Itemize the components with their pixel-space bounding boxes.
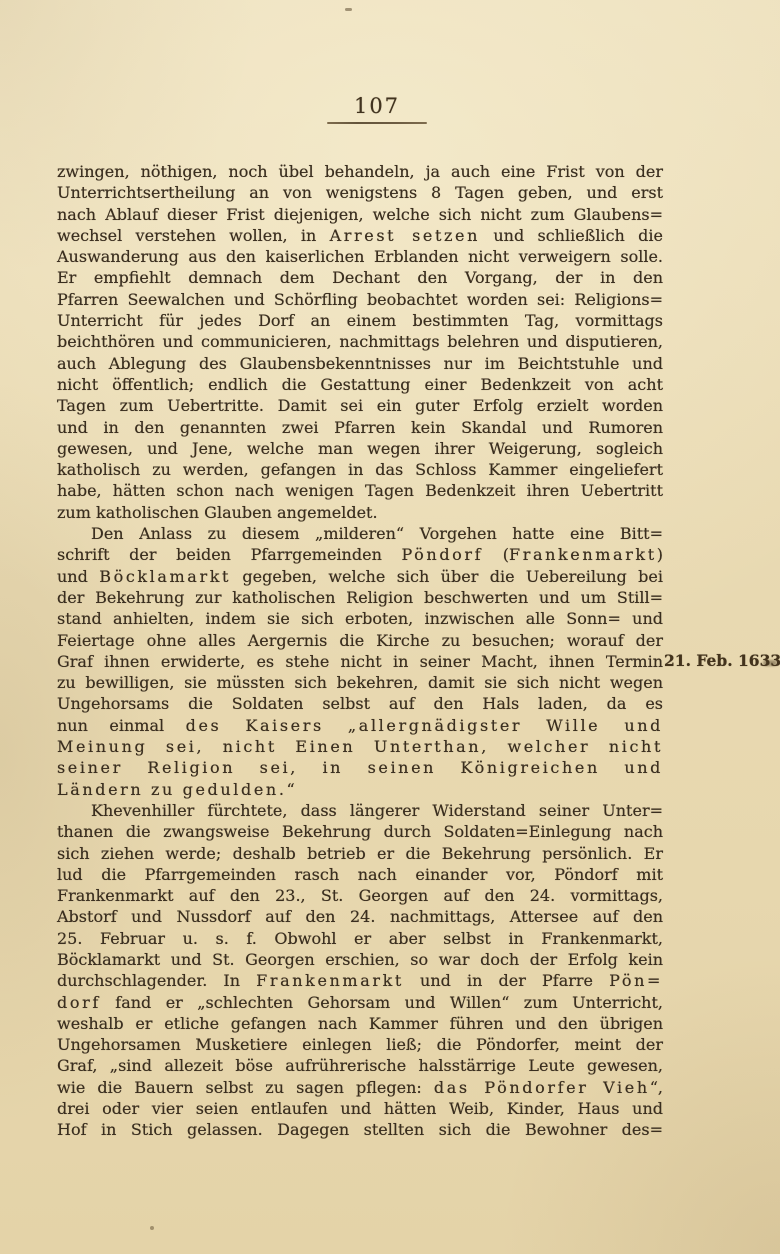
text-line: nun einmal des Kaisers „allergnädigster … — [57, 715, 663, 736]
text-run: nicht öffentlich; endlich die Gestattung… — [57, 375, 663, 394]
text-line: nach Ablauf dieser Frist diejenigen, wel… — [57, 204, 663, 225]
text-run: weshalb er etliche gefangen nach Kammer … — [57, 1014, 663, 1033]
text-line: nicht öffentlich; endlich die Gestattung… — [57, 374, 663, 395]
text-line: und Böcklamarkt gegeben, welche sich übe… — [57, 566, 663, 587]
letterspaced-text: Pön= — [609, 971, 663, 990]
text-run: Ungehorsamen Musketiere einlegen ließ; d… — [57, 1035, 663, 1054]
text-line: schrift der beiden Pfarrgemeinden Pöndor… — [57, 544, 663, 565]
text-run: Auswanderung aus den kaiserlichen Erblan… — [57, 247, 663, 266]
text-run: nun einmal — [57, 716, 186, 735]
text-line: und in den genannten zwei Pfarren kein S… — [57, 417, 663, 438]
text-line: durchschlagender. In Frankenmarkt und in… — [57, 970, 663, 991]
text-run: Khevenhiller fürchtete, dass längerer Wi… — [91, 801, 663, 820]
text-run: Böcklamarkt und St. Georgen erschien, so… — [57, 950, 663, 969]
text-run: Graf, „sind allezeit böse aufrührerische… — [57, 1056, 663, 1075]
letterspaced-text: des Kaisers „allergnädigster Wille und — [186, 716, 663, 735]
text-run: gegeben, welche sich über die Uebereilun… — [231, 567, 663, 586]
text-run: und — [57, 567, 99, 586]
letterspaced-text: Meinung sei, nicht Einen Unterthan, welc… — [57, 737, 663, 756]
paragraph: Den Anlass zu diesem „milderen“ Vorgehen… — [57, 523, 663, 800]
text-line: Khevenhiller fürchtete, dass längerer Wi… — [57, 800, 663, 821]
text-run: lud die Pfarrgemeinden rasch nach einand… — [57, 865, 663, 884]
page-number: 107 — [0, 94, 754, 118]
text-line: wie die Bauern selbst zu sagen pflegen: … — [57, 1077, 663, 1098]
text-run: auch Ablegung des Glaubensbekenntnisses … — [57, 354, 663, 373]
page-number-rule — [327, 122, 427, 124]
text-run: wechsel verstehen wollen, in — [57, 226, 330, 245]
text-line: lud die Pfarrgemeinden rasch nach einand… — [57, 864, 663, 885]
text-line: zwingen, nöthigen, noch übel behandeln, … — [57, 161, 663, 182]
text-run: zwingen, nöthigen, noch übel behandeln, … — [57, 162, 663, 181]
text-run: ) — [657, 545, 663, 564]
text-line: Ländern zu gedulden.“ — [57, 779, 663, 800]
text-line: Tagen zum Uebertritte. Damit sei ein gut… — [57, 395, 663, 416]
text-line: Er empfiehlt demnach dem Dechant den Vor… — [57, 267, 663, 288]
text-line: Böcklamarkt und St. Georgen erschien, so… — [57, 949, 663, 970]
text-line: Ungehorsamen Musketiere einlegen ließ; d… — [57, 1034, 663, 1055]
text-line: Feiertage ohne alles Aergernis die Kirch… — [57, 630, 663, 651]
text-run: zum katholischen Glauben angemeldet. — [57, 503, 378, 522]
text-run: “, — [650, 1078, 663, 1097]
text-run: Feiertage ohne alles Aergernis die Kirch… — [57, 631, 663, 650]
text-run: Den Anlass zu diesem „milderen“ Vorgehen… — [91, 524, 663, 543]
text-line: Pfarren Seewalchen und Schörfling beobac… — [57, 289, 663, 310]
text-run: beichthören und communicieren, nachmitta… — [57, 332, 663, 351]
letterspaced-text: Ländern zu gedulden.“ — [57, 780, 297, 799]
text-line: zu bewilligen, sie müssten sich bekehren… — [57, 672, 663, 693]
text-line: der Bekehrung zur katholischen Religion … — [57, 587, 663, 608]
letterspaced-text: Pöndorf — [401, 545, 483, 564]
text-run: Tagen zum Uebertritte. Damit sei ein gut… — [57, 396, 663, 415]
text-run: Frankenmarkt auf den 23., St. Georgen au… — [57, 886, 663, 905]
text-run: 25. Februar u. s. f. Obwohl er aber selb… — [57, 929, 663, 948]
text-line: sich ziehen werde; deshalb betrieb er di… — [57, 843, 663, 864]
letterspaced-text: dorf — [57, 993, 101, 1012]
text-run: sich ziehen werde; deshalb betrieb er di… — [57, 844, 663, 863]
paper-speck — [345, 8, 352, 11]
text-line: Auswanderung aus den kaiserlichen Erblan… — [57, 246, 663, 267]
text-line: katholisch zu werden, gefangen in das Sc… — [57, 459, 663, 480]
text-run: und in der Pfarre — [404, 971, 609, 990]
letterspaced-text: Frankenmarkt — [509, 545, 657, 564]
text-run: fand er „schlechten Gehorsam und Willen“… — [101, 993, 663, 1012]
text-run: durchschlagender. In — [57, 971, 256, 990]
letterspaced-text: Böcklamarkt — [99, 567, 231, 586]
text-line: Graf, „sind allezeit böse aufrührerische… — [57, 1055, 663, 1076]
text-line: zum katholischen Glauben angemeldet. — [57, 502, 663, 523]
text-line: Unterrichtsertheilung an von wenigstens … — [57, 182, 663, 203]
text-line: Meinung sei, nicht Einen Unterthan, welc… — [57, 736, 663, 757]
text-line: Frankenmarkt auf den 23., St. Georgen au… — [57, 885, 663, 906]
text-line: Abstorf und Nussdorf auf den 24. nachmit… — [57, 906, 663, 927]
text-run: und in den genannten zwei Pfarren kein S… — [57, 418, 663, 437]
letterspaced-text: Frankenmarkt — [256, 971, 404, 990]
text-run: schrift der beiden Pfarrgemeinden — [57, 545, 401, 564]
text-run: katholisch zu werden, gefangen in das Sc… — [57, 460, 663, 479]
text-run: Abstorf und Nussdorf auf den 24. nachmit… — [57, 907, 663, 926]
text-line: Ungehorsams die Soldaten selbst auf den … — [57, 693, 663, 714]
ink-smudge — [763, 660, 777, 666]
text-run: stand anhielten, indem sie sich erboten,… — [57, 609, 663, 628]
text-line: Hof in Stich gelassen. Dagegen stellten … — [57, 1119, 663, 1140]
text-run: drei oder vier seien entlaufen und hätte… — [57, 1099, 663, 1118]
page-header: 107 — [0, 94, 754, 124]
text-run: wie die Bauern selbst zu sagen pflegen: — [57, 1078, 434, 1097]
page-text: zwingen, nöthigen, noch übel behandeln, … — [57, 161, 663, 1141]
text-run: gewesen, und Jene, welche man wegen ihre… — [57, 439, 663, 458]
paper-speck — [150, 1226, 154, 1230]
text-line: beichthören und communicieren, nachmitta… — [57, 331, 663, 352]
text-run: habe, hätten schon nach wenigen Tagen Be… — [57, 481, 663, 500]
text-line: thanen die zwangsweise Bekehrung durch S… — [57, 821, 663, 842]
text-run: Unterricht für jedes Dorf an einem besti… — [57, 311, 663, 330]
text-line: seiner Religion sei, in seinen Königreic… — [57, 757, 663, 778]
text-run: Er empfiehlt demnach dem Dechant den Vor… — [57, 268, 663, 287]
paragraph: zwingen, nöthigen, noch übel behandeln, … — [57, 161, 663, 523]
text-run: Pfarren Seewalchen und Schörfling beobac… — [57, 290, 663, 309]
letterspaced-text: das Pöndorfer Vieh — [434, 1078, 650, 1097]
text-run: der Bekehrung zur katholischen Religion … — [57, 588, 663, 607]
text-line: auch Ablegung des Glaubensbekenntnisses … — [57, 353, 663, 374]
text-line: 25. Februar u. s. f. Obwohl er aber selb… — [57, 928, 663, 949]
text-run: nach Ablauf dieser Frist diejenigen, wel… — [57, 205, 663, 224]
text-run: Graf ihnen erwiderte, es stehe nicht in … — [57, 652, 663, 671]
paragraph: Khevenhiller fürchtete, dass längerer Wi… — [57, 800, 663, 1141]
text-run: Unterrichtsertheilung an von wenigstens … — [57, 183, 663, 202]
text-line: weshalb er etliche gefangen nach Kammer … — [57, 1013, 663, 1034]
book-page: 107 zwingen, nöthigen, noch übel behande… — [0, 0, 780, 1254]
text-run: thanen die zwangsweise Bekehrung durch S… — [57, 822, 663, 841]
text-run: und schließlich die — [480, 226, 663, 245]
text-line: gewesen, und Jene, welche man wegen ihre… — [57, 438, 663, 459]
text-line: wechsel verstehen wollen, in Arrest setz… — [57, 225, 663, 246]
text-run: Hof in Stich gelassen. Dagegen stellten … — [57, 1120, 663, 1139]
letterspaced-text: seiner Religion sei, in seinen Königreic… — [57, 758, 663, 777]
text-run: Ungehorsams die Soldaten selbst auf den … — [57, 694, 663, 713]
text-run: ( — [483, 545, 509, 564]
text-line: Graf ihnen erwiderte, es stehe nicht in … — [57, 651, 663, 672]
text-line: dorf fand er „schlechten Gehorsam und Wi… — [57, 992, 663, 1013]
text-line: drei oder vier seien entlaufen und hätte… — [57, 1098, 663, 1119]
text-line: stand anhielten, indem sie sich erboten,… — [57, 608, 663, 629]
text-line: habe, hätten schon nach wenigen Tagen Be… — [57, 480, 663, 501]
text-line: Den Anlass zu diesem „milderen“ Vorgehen… — [57, 523, 663, 544]
text-line: Unterricht für jedes Dorf an einem besti… — [57, 310, 663, 331]
text-run: zu bewilligen, sie müssten sich bekehren… — [57, 673, 663, 692]
letterspaced-text: Arrest setzen — [330, 226, 480, 245]
